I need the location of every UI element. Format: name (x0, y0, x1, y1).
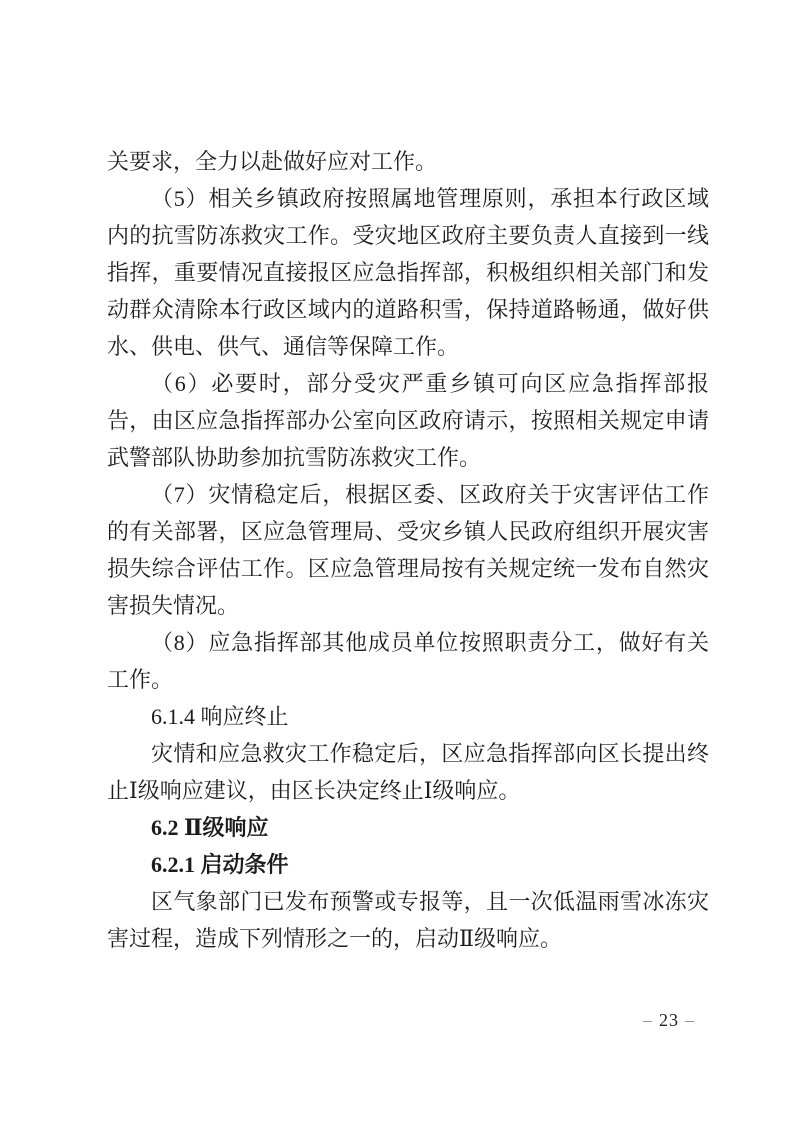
paragraph-continuation: 关要求，全力以赴做好应对工作。 (107, 143, 709, 180)
document-page: 关要求，全力以赴做好应对工作。 （5）相关乡镇政府按照属地管理原则，承担本行政区… (0, 0, 793, 1122)
page-number-dash-right: – (679, 1010, 701, 1030)
paragraph-response-termination: 灾情和应急救灾工作稳定后，区应急指挥部向区长提出终止Ⅰ级响应建议，由区长决定终止… (107, 735, 709, 809)
section-heading-6-2: 6.2 Ⅱ级响应 (107, 809, 709, 846)
paragraph-item-5: （5）相关乡镇政府按照属地管理原则，承担本行政区域内的抗雪防冻救灾工作。受灾地区… (107, 180, 709, 365)
page-number: –23– (637, 1008, 701, 1032)
paragraph-activation-conditions: 区气象部门已发布预警或专报等，且一次低温雨雪冰冻灾害过程，造成下列情形之一的，启… (107, 883, 709, 957)
section-heading-6-2-1: 6.2.1 启动条件 (107, 846, 709, 883)
document-body: 关要求，全力以赴做好应对工作。 （5）相关乡镇政府按照属地管理原则，承担本行政区… (107, 143, 709, 957)
section-heading-6-1-4: 6.1.4 响应终止 (107, 698, 709, 735)
paragraph-item-7: （7）灾情稳定后，根据区委、区政府关于灾害评估工作的有关部署，区应急管理局、受灾… (107, 476, 709, 624)
paragraph-item-8: （8）应急指挥部其他成员单位按照职责分工，做好有关工作。 (107, 624, 709, 698)
paragraph-item-6: （6）必要时，部分受灾严重乡镇可向区应急指挥部报告，由区应急指挥部办公室向区政府… (107, 365, 709, 476)
page-number-value: 23 (659, 1010, 679, 1030)
page-number-dash-left: – (637, 1010, 659, 1030)
